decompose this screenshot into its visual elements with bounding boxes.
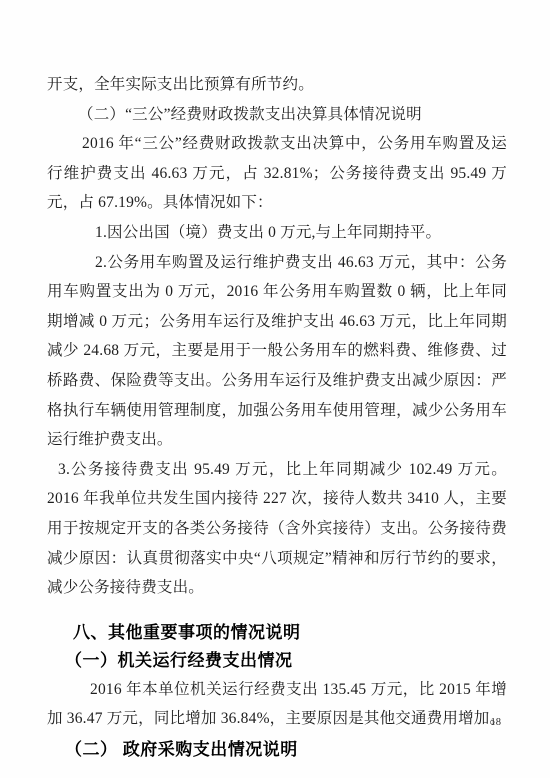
subsection-heading-government-procurement: （二） 政府采购支出情况说明 <box>65 736 507 764</box>
subsection-heading-operating-funds: （一）机关运行经费支出情况 <box>65 647 507 675</box>
paragraph-item2-official-vehicles: 2.公务用车购置及运行维护费支出 46.63 万元，其中：公务用车购置支出为 0… <box>47 248 507 455</box>
paragraph-operating-funds: 2016 年本单位机关运行经费支出 135.45 万元，比 2015 年增加 3… <box>47 675 507 734</box>
paragraph-sangong-overview: 2016 年“三公”经费财政拨款支出决算中，公务用车购置及运行维护费支出 46.… <box>47 129 507 218</box>
paragraph-item3-official-reception: 3.公务接待费支出 95.49 万元，比上年同期减少 102.49 万元。201… <box>47 455 507 603</box>
section-heading-other-important-matters: 八、其他重要事项的情况说明 <box>73 619 507 647</box>
paragraph-budget-saving: 开支，全年实际支出比预算有所节约。 <box>47 70 507 100</box>
document-page: 开支，全年实际支出比预算有所节约。 （二）“三公”经费财政拨款支出决算具体情况说… <box>0 0 550 778</box>
subsection-heading-sangong: （二）“三公”经费财政拨款支出决算具体情况说明 <box>47 100 507 130</box>
page-number: 18 <box>491 717 502 729</box>
paragraph-item1-overseas-trips: 1.因公出国（境）费支出 0 万元,与上年同期持平。 <box>47 218 507 248</box>
